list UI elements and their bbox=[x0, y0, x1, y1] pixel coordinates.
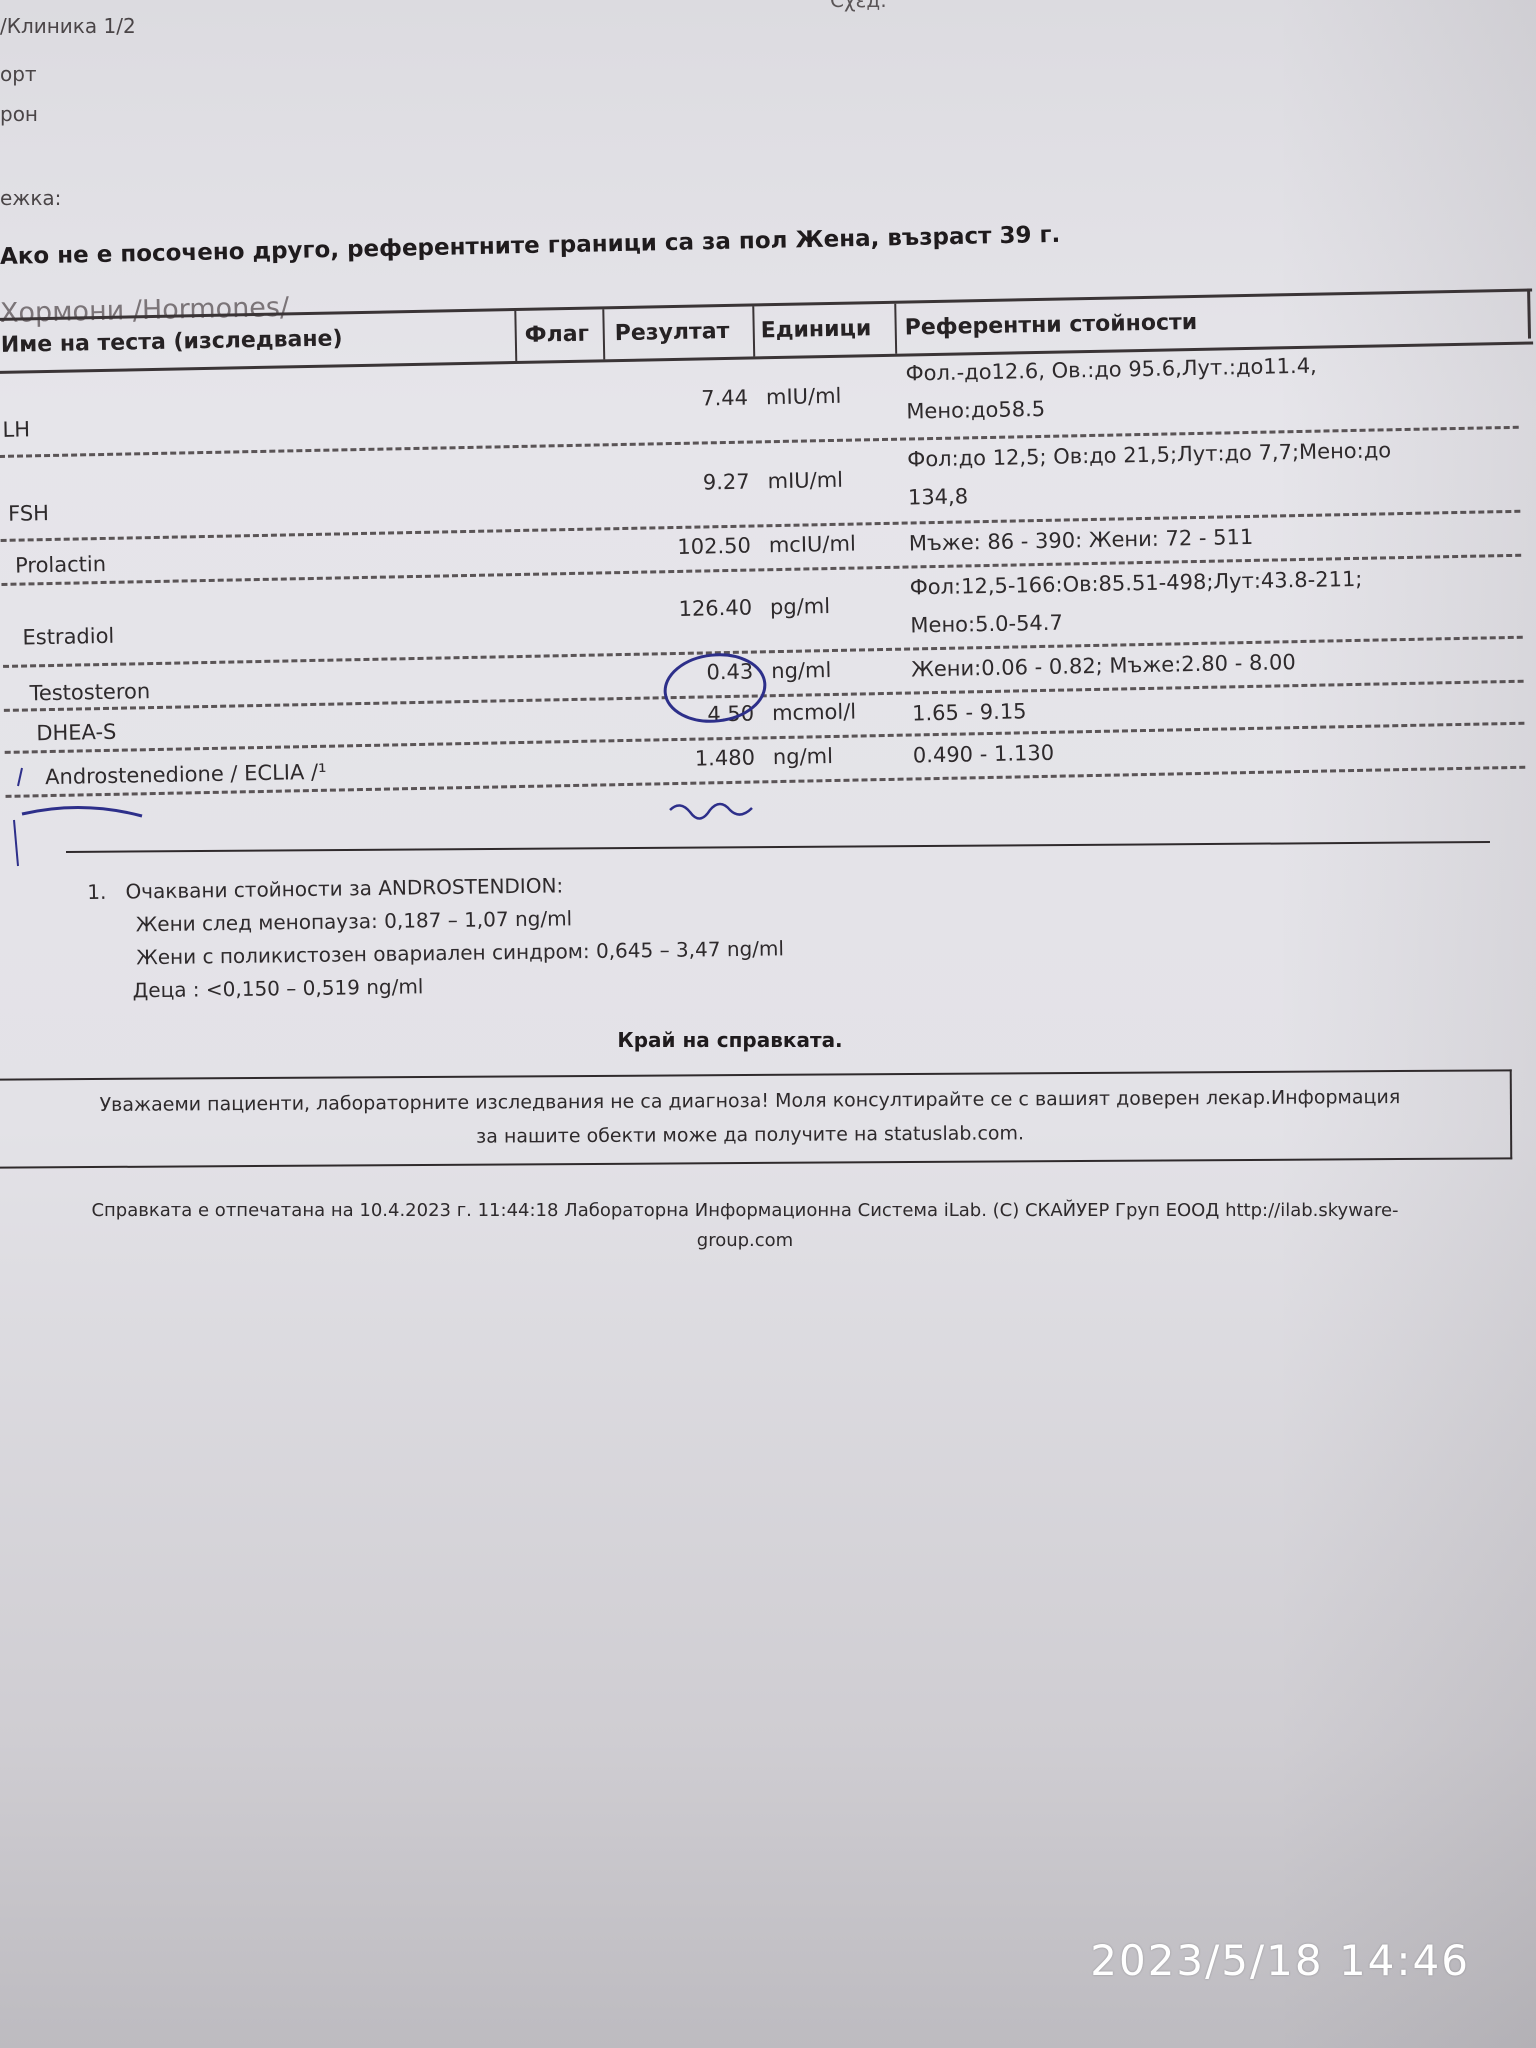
test-result: 126.40 bbox=[612, 596, 752, 623]
test-unit: ng/ml bbox=[773, 744, 833, 769]
test-result: 7.44 bbox=[608, 386, 748, 413]
test-unit: ng/ml bbox=[771, 658, 831, 683]
test-unit: mIU/ml bbox=[767, 468, 843, 493]
test-name: LH bbox=[2, 417, 30, 442]
test-result: 9.27 bbox=[609, 470, 749, 497]
camera-timestamp: 2023/5/18 14:46 bbox=[1090, 1936, 1470, 1985]
test-result: 102.50 bbox=[611, 534, 751, 561]
test-name: Androstenedione / ECLIA /¹ bbox=[45, 760, 327, 789]
test-unit: pg/ml bbox=[770, 594, 830, 619]
test-name: DHEA-S bbox=[36, 720, 116, 746]
test-reference: Жени:0.06 - 0.82; Мъже:2.80 - 8.00 bbox=[911, 643, 1296, 688]
results-table: Име на теста (изследване) Флаг Резултат … bbox=[0, 270, 1536, 819]
margin-line-icon bbox=[14, 820, 18, 866]
column-header-flag: Флаг bbox=[524, 310, 589, 361]
test-unit: mcIU/ml bbox=[769, 532, 856, 558]
header-line-3: рон bbox=[0, 102, 38, 126]
test-name: FSH bbox=[8, 501, 49, 526]
test-name: Testosteron bbox=[29, 679, 150, 705]
test-name: Prolactin bbox=[15, 552, 106, 578]
end-of-report: Край на справката. bbox=[0, 1028, 1460, 1052]
test-reference: Мъже: 86 - 390: Жени: 72 - 511 bbox=[908, 518, 1253, 563]
test-reference: Фол.-до12.6, Ов.:до 95.6,Лут.:до11.4,Мен… bbox=[905, 347, 1318, 431]
patient-disclaimer-box: Уважаеми пациенти, лабораторните изследв… bbox=[0, 1069, 1512, 1168]
lab-report-page: Сχεд: /Клиника 1/2 орт рон ежка: Ако не … bbox=[0, 0, 1536, 2048]
test-result-circled: 0.43 bbox=[613, 660, 753, 687]
test-reference: Фол:до 12,5; Ов:до 21,5;Лут:до 7,7;Мено:… bbox=[907, 431, 1392, 516]
column-header-name: Име на теста (изследване) bbox=[0, 314, 343, 371]
header-note-label: ежка: bbox=[0, 186, 61, 210]
reference-range-notice: Ако не е посочено друго, референтните гр… bbox=[0, 222, 1061, 270]
divider bbox=[66, 841, 1490, 853]
column-header-result: Резултат bbox=[614, 307, 730, 359]
test-result: 4.50 bbox=[614, 702, 754, 729]
test-name: Estradiol bbox=[22, 624, 114, 650]
column-header-reference: Референтни стойности bbox=[904, 298, 1197, 354]
footnote: 1. Очаквани стойности за ANDROSTENDION: … bbox=[87, 866, 785, 1008]
test-unit: mIU/ml bbox=[766, 384, 842, 409]
header-partial-label: Сχεд: bbox=[830, 0, 887, 12]
test-reference: 1.65 - 9.15 bbox=[912, 692, 1027, 732]
header-line-2: орт bbox=[0, 62, 37, 86]
header-clinic: /Клиника 1/2 bbox=[0, 14, 136, 38]
printed-info: Справката е отпечатана на 10.4.2023 г. 1… bbox=[0, 1196, 1490, 1256]
test-result: 1.480 bbox=[615, 746, 755, 773]
column-header-units: Единици bbox=[760, 304, 872, 356]
test-reference: Фол:12,5-166:Ов:85.51-498;Лут:43.8-211;М… bbox=[909, 560, 1363, 645]
test-reference: 0.490 - 1.130 bbox=[913, 734, 1055, 775]
test-unit: mcmol/l bbox=[772, 700, 857, 726]
